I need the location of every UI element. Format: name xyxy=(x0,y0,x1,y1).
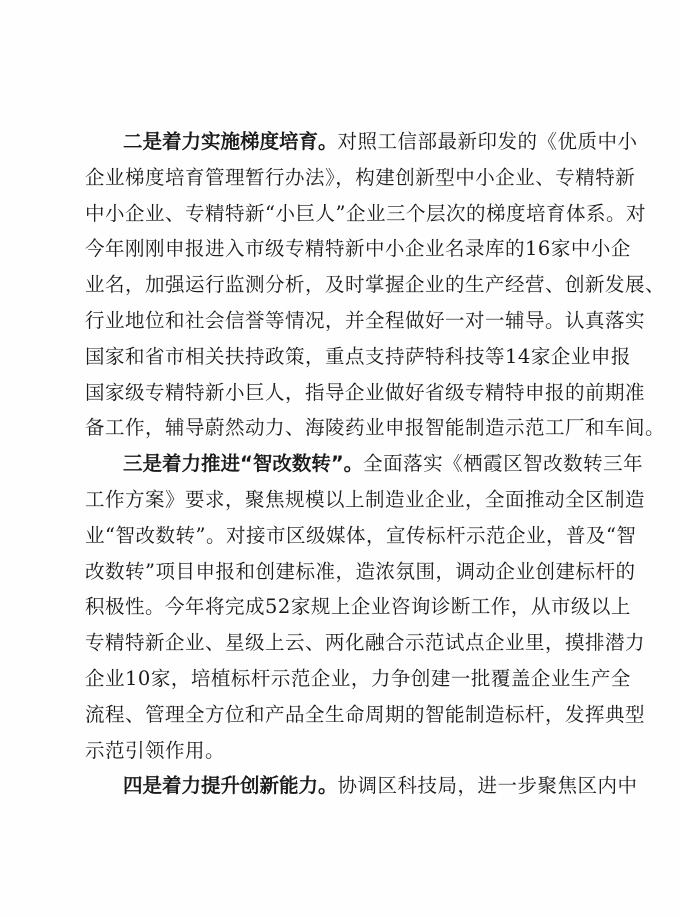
paragraph-3-line-1: 三是着力推进“智改数转”。全面落实《栖霞区智改数转三年 xyxy=(85,446,589,482)
document-body: 二是着力实施梯度培育。对照工信部最新印发的《优质中小 企业梯度培育管理暂行办法》… xyxy=(85,124,589,804)
paragraph-2-line: 中小企业、专精特新“小巨人”企业三个层次的梯度培育体系。对 xyxy=(85,196,589,232)
paragraph-3-heading: 三是着力推进“智改数转”。 xyxy=(123,452,363,475)
paragraph-3-line: 积极性。今年将完成52家规上企业咨询诊断工作，从市级以上 xyxy=(85,589,589,625)
paragraph-3-text: 全面落实《栖霞区智改数转三年 xyxy=(363,452,643,475)
paragraph-4-heading: 四是着力提升创新能力。 xyxy=(123,774,338,797)
paragraph-2-heading: 二是着力实施梯度培育。 xyxy=(123,130,338,153)
paragraph-3-line: 流程、管理全方位和产品全生命周期的智能制造标杆，发挥典型 xyxy=(85,697,589,733)
document-page: 二是着力实施梯度培育。对照工信部最新印发的《优质中小 企业梯度培育管理暂行办法》… xyxy=(0,0,680,917)
paragraph-2-line: 今年刚刚申报进入市级专精特新中小企业名录库的16家中小企 xyxy=(85,231,589,267)
paragraph-2-line: 业名，加强运行监测分析，及时掌握企业的生产经营、创新发展、 xyxy=(85,267,589,303)
paragraph-3-line: 专精特新企业、星级上云、两化融合示范试点企业里，摸排潜力 xyxy=(85,625,589,661)
paragraph-2-text: 对照工信部最新印发的《优质中小 xyxy=(338,130,638,153)
paragraph-2-line: 国家级专精特新小巨人，指导企业做好省级专精特申报的前期准 xyxy=(85,375,589,411)
paragraph-2-line: 备工作，辅导蔚然动力、海陵药业申报智能制造示范工厂和车间。 xyxy=(85,410,589,446)
paragraph-3-line: 工作方案》要求，聚焦规模以上制造业企业，全面推动全区制造 xyxy=(85,482,589,518)
paragraph-2-line-1: 二是着力实施梯度培育。对照工信部最新印发的《优质中小 xyxy=(85,124,589,160)
paragraph-3-line: 企业10家，培植标杆示范企业，力争创建一批覆盖企业生产全 xyxy=(85,661,589,697)
paragraph-2-line: 行业地位和社会信誉等情况，并全程做好一对一辅导。认真落实 xyxy=(85,303,589,339)
paragraph-2-line: 企业梯度培育管理暂行办法》，构建创新型中小企业、专精特新 xyxy=(85,160,589,196)
paragraph-2-line: 国家和省市相关扶持政策，重点支持萨特科技等14家企业申报 xyxy=(85,339,589,375)
paragraph-4-line-1: 四是着力提升创新能力。协调区科技局，进一步聚焦区内中 xyxy=(85,768,593,804)
paragraph-3-line: 业“智改数转”。对接市区级媒体，宣传标杆示范企业，普及“智 xyxy=(85,518,589,554)
paragraph-3-line: 改数转”项目申报和创建标准，造浓氛围，调动企业创建标杆的 xyxy=(85,554,589,590)
paragraph-4-text: 协调区科技局，进一步聚焦区内中 xyxy=(338,774,638,797)
paragraph-3-line-last: 示范引领作用。 xyxy=(85,733,589,769)
